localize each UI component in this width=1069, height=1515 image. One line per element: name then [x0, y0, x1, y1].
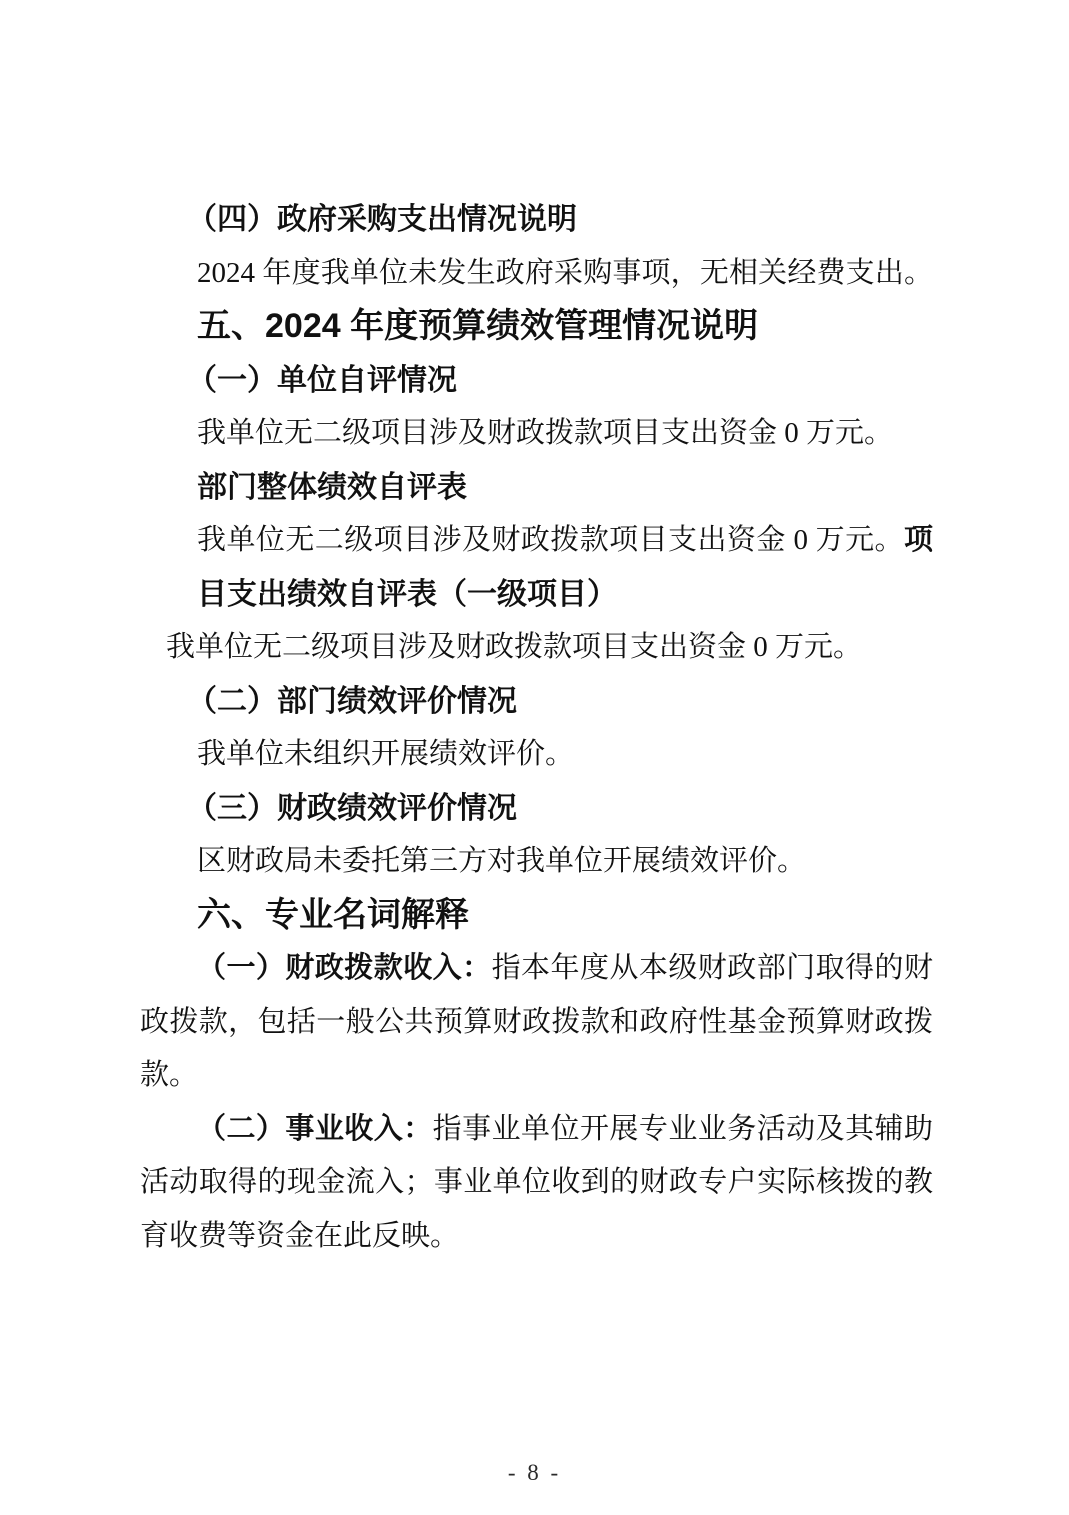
- text-run: （一）财政拨款收入：: [197, 952, 492, 984]
- text-run: （二）部门绩效评价情况: [187, 685, 517, 718]
- document-page: （四）政府采购支出情况说明2024 年度我单位未发生政府采购事项，无相关经费支出…: [0, 0, 1069, 1515]
- para-project-table-statement-line-1: 我单位无二级项目涉及财政拨款项目支出资金 0 万元。项: [140, 514, 933, 568]
- heading-5-2-dept-performance-evaluation: （二）部门绩效评价情况: [140, 675, 933, 729]
- text-run: （三）财政绩效评价情况: [187, 792, 517, 825]
- para-project-table-statement-line-3: 我单位无二级项目涉及财政拨款项目支出资金 0 万元。: [140, 621, 933, 675]
- page-footer: - 8 -: [0, 1460, 1069, 1486]
- text-run: 2024 年度我单位未发生政府采购事项，无相关经费支出。: [197, 257, 933, 289]
- text-run: 款。: [140, 1059, 198, 1091]
- para-glossary-term-1-line-3: 款。: [140, 1049, 933, 1103]
- text-run: 部门整体绩效自评表: [197, 471, 467, 504]
- text-run: 指本年度从本级财政部门取得的财: [492, 952, 933, 984]
- text-run: 政拨款，包括一般公共预算财政拨款和政府性基金预算财政拨: [140, 1006, 933, 1038]
- text-run: 我单位无二级项目涉及财政拨款项目支出资金 0 万元。: [166, 631, 862, 663]
- text-run: 我单位无二级项目涉及财政拨款项目支出资金 0 万元。: [197, 417, 893, 449]
- text-run: 五、2024 年度预算绩效管理情况说明: [197, 307, 758, 345]
- para-self-evaluation-statement: 我单位无二级项目涉及财政拨款项目支出资金 0 万元。: [140, 407, 933, 461]
- text-run: 区财政局未委托第三方对我单位开展绩效评价。: [197, 845, 806, 877]
- text-run: 目支出绩效自评表（一级项目）: [197, 578, 617, 611]
- text-run: （二）事业收入：: [197, 1113, 433, 1145]
- para-glossary-term-2-line-3: 育收费等资金在此反映。: [140, 1210, 933, 1264]
- heading-section-4-procurement: （四）政府采购支出情况说明: [140, 193, 933, 247]
- para-finance-performance-evaluation: 区财政局未委托第三方对我单位开展绩效评价。: [140, 835, 933, 889]
- para-procurement-statement: 2024 年度我单位未发生政府采购事项，无相关经费支出。: [140, 247, 933, 301]
- heading-project-expenditure-table-line-2: 目支出绩效自评表（一级项目）: [140, 568, 933, 622]
- heading-section-5-budget-performance: 五、2024 年度预算绩效管理情况说明: [140, 300, 933, 354]
- page-number: - 8 -: [508, 1460, 561, 1485]
- para-glossary-term-2-line-1: （二）事业收入：指事业单位开展专业业务活动及其辅助: [140, 1103, 933, 1157]
- heading-dept-overall-self-evaluation-table: 部门整体绩效自评表: [140, 461, 933, 515]
- heading-5-3-finance-performance-evaluation: （三）财政绩效评价情况: [140, 782, 933, 836]
- heading-5-1-self-evaluation: （一）单位自评情况: [140, 354, 933, 408]
- text-run: （一）单位自评情况: [187, 364, 457, 397]
- text-run: 育收费等资金在此反映。: [140, 1220, 459, 1252]
- text-run: （四）政府采购支出情况说明: [187, 203, 577, 236]
- text-run: 项: [904, 524, 933, 556]
- text-run: 我单位无二级项目涉及财政拨款项目支出资金 0 万元。: [197, 524, 904, 556]
- para-dept-performance-evaluation: 我单位未组织开展绩效评价。: [140, 728, 933, 782]
- text-run: 指事业单位开展专业业务活动及其辅助: [433, 1113, 933, 1145]
- para-glossary-term-2-line-2: 活动取得的现金流入；事业单位收到的财政专户实际核拨的教: [140, 1156, 933, 1210]
- heading-section-6-glossary: 六、专业名词解释: [140, 889, 933, 943]
- text-run: 活动取得的现金流入；事业单位收到的财政专户实际核拨的教: [140, 1166, 933, 1198]
- text-run: 六、专业名词解释: [197, 896, 469, 934]
- text-run: 我单位未组织开展绩效评价。: [197, 738, 574, 770]
- document-body: （四）政府采购支出情况说明2024 年度我单位未发生政府采购事项，无相关经费支出…: [140, 0, 933, 1263]
- para-glossary-term-1-line-1: （一）财政拨款收入：指本年度从本级财政部门取得的财: [140, 942, 933, 996]
- para-glossary-term-1-line-2: 政拨款，包括一般公共预算财政拨款和政府性基金预算财政拨: [140, 996, 933, 1050]
